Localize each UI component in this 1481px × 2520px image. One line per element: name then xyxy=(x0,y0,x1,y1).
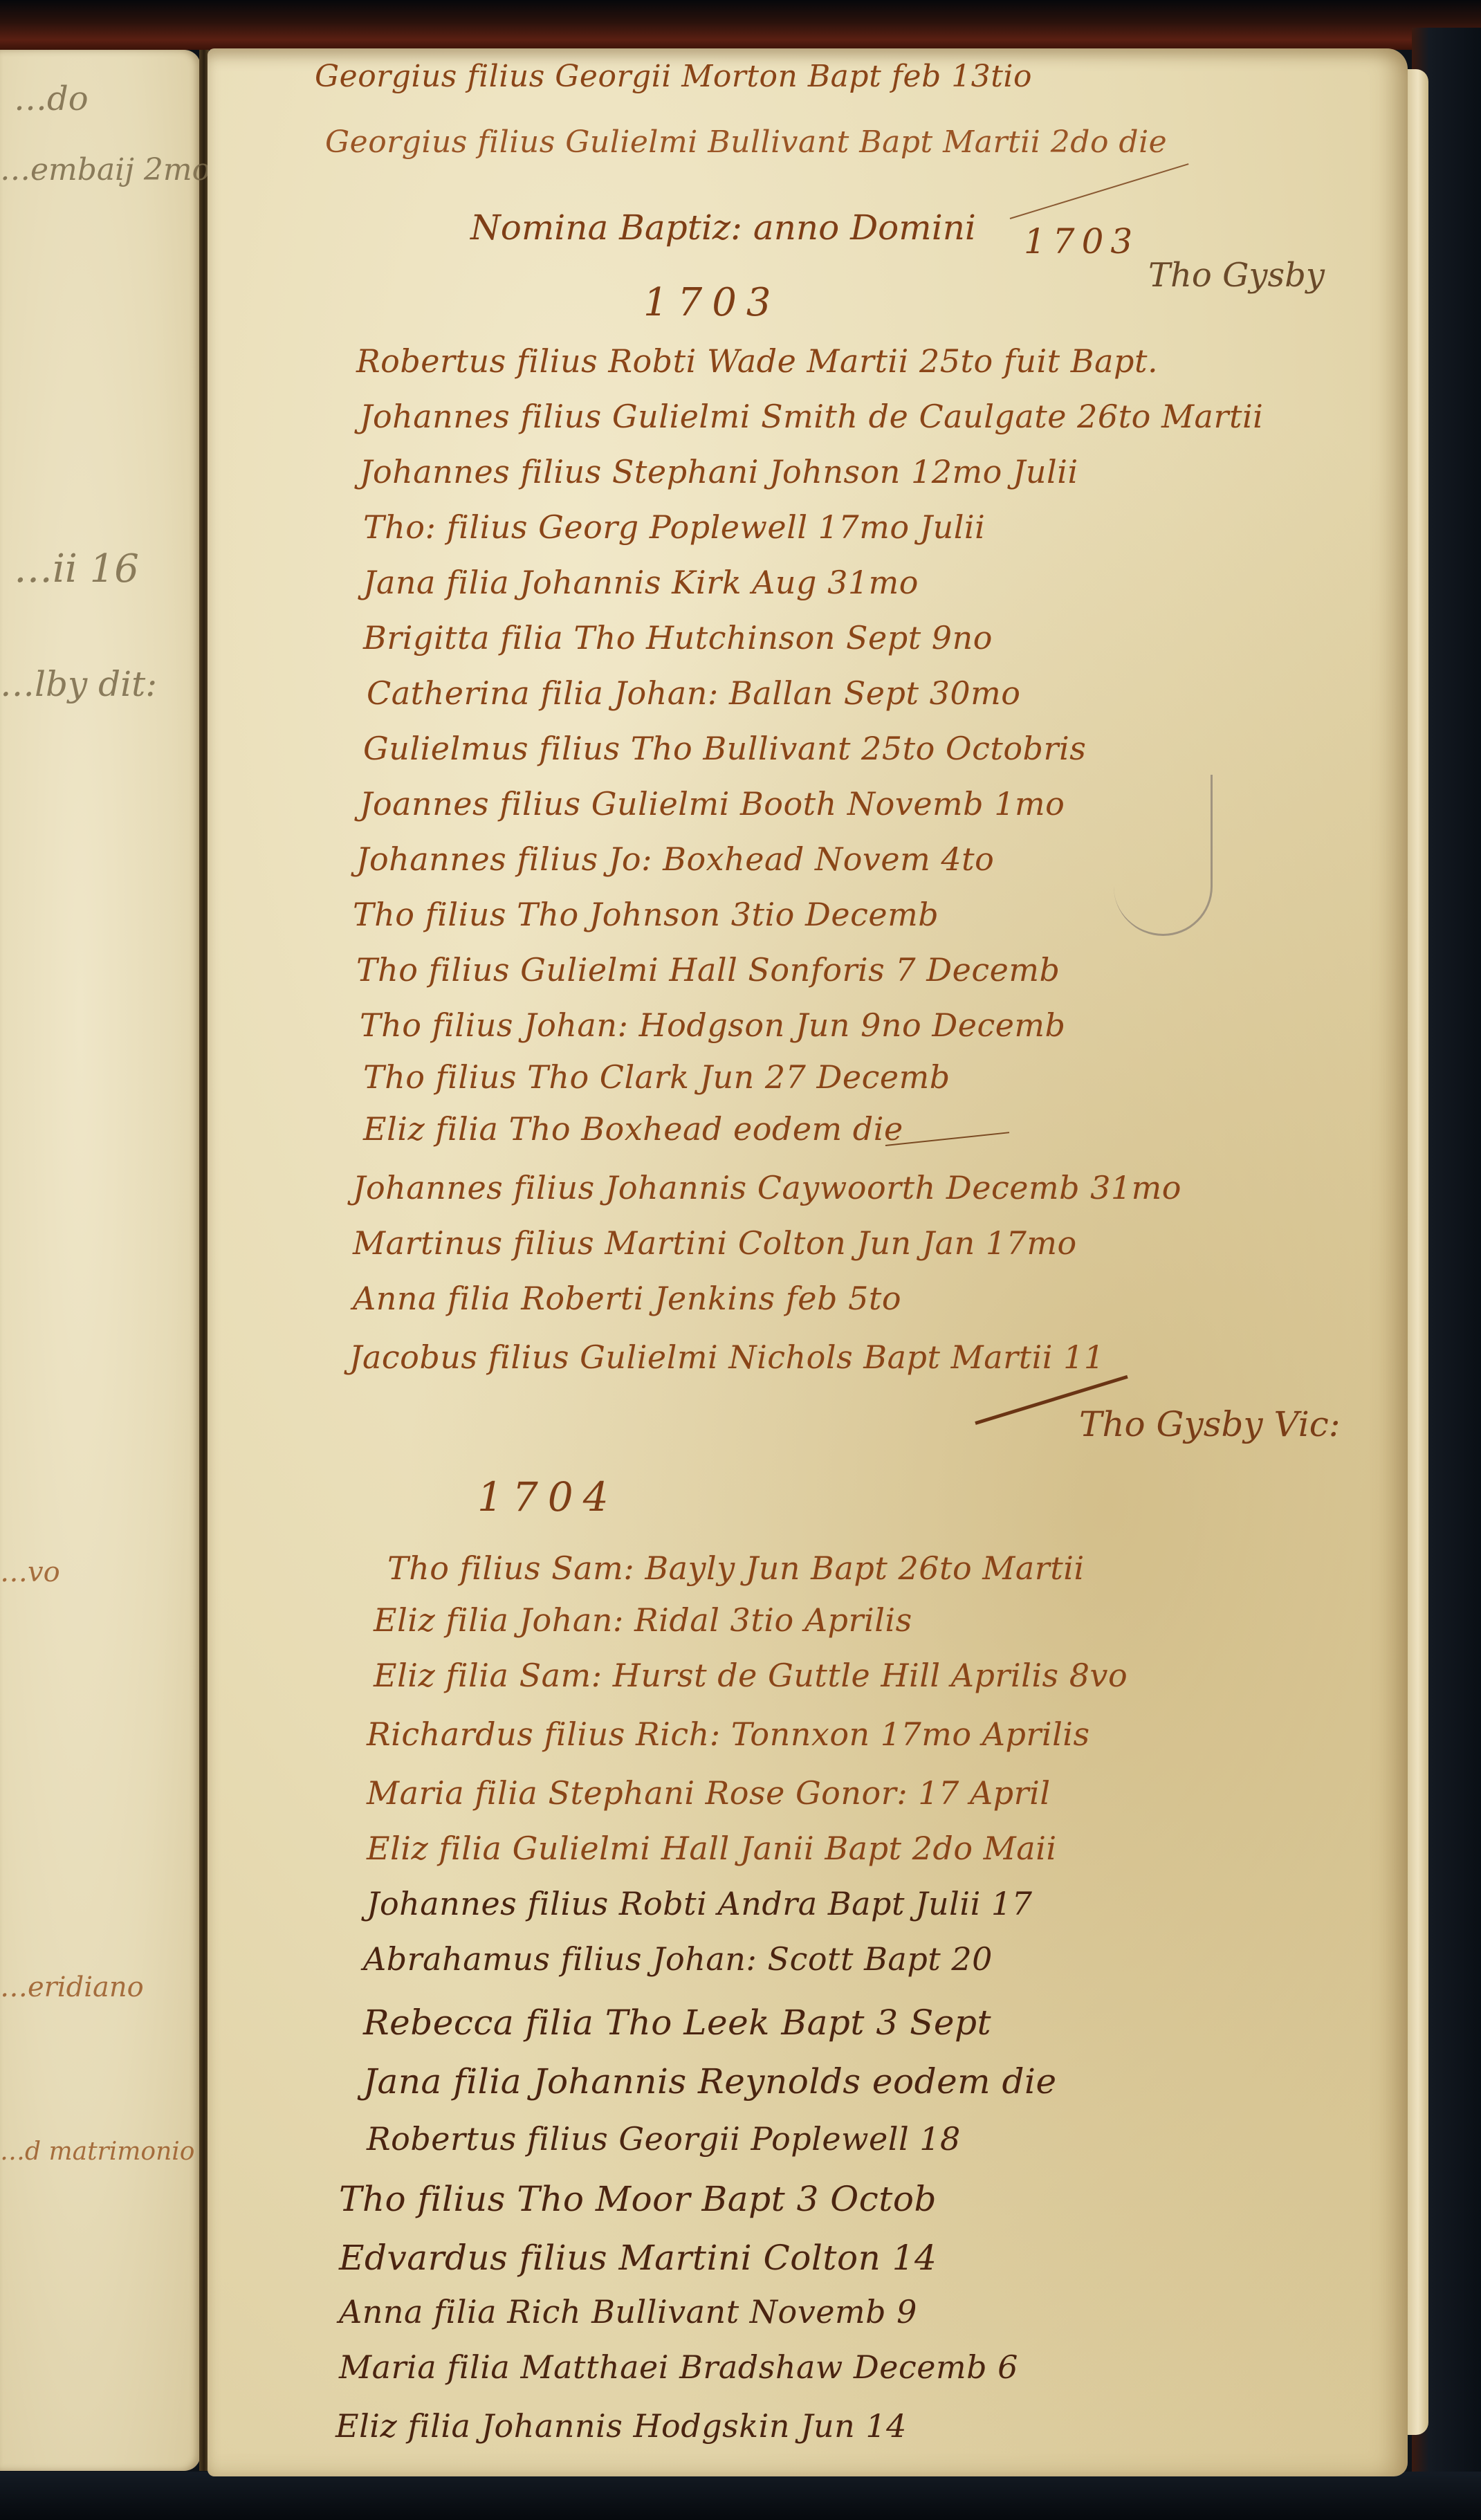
vicar-signature: Tho Gysby Vic: xyxy=(1079,1404,1341,1444)
baptism-entry: Catherina filia Johan: Ballan Sept 30mo xyxy=(367,674,1020,712)
baptism-entry: Abrahamus filius Johan: Scott Bapt 20 xyxy=(363,1940,993,1978)
baptism-entry: Joannes filius Gulielmi Booth Novemb 1mo xyxy=(360,785,1065,822)
baptism-entry: Eliz filia Gulielmi Hall Janii Bapt 2do … xyxy=(367,1830,1057,1867)
baptism-entry: Maria filia Stephani Rose Gonor: 17 Apri… xyxy=(367,1774,1051,1812)
baptism-entry: Eliz filia Johan: Ridal 3tio Aprilis xyxy=(374,1601,912,1639)
year-heading-1704: 1704 xyxy=(477,1473,618,1520)
baptism-entry: Eliz filia Tho Boxhead eodem die xyxy=(363,1110,903,1148)
baptism-entry: Edvardus filius Martini Colton 14 xyxy=(339,2238,937,2278)
baptism-entry: Richardus filius Rich: Tonnxon 17mo Apri… xyxy=(367,1716,1090,1753)
baptism-entry: Tho: filius Georg Poplewell 17mo Julii xyxy=(363,508,985,546)
baptism-entry: Johannes filius Gulielmi Smith de Caulga… xyxy=(360,398,1263,435)
baptism-entry: Tho filius Tho Johnson 3tio Decemb xyxy=(353,896,939,933)
baptism-entry: Georgius filius Georgii Morton Bapt feb … xyxy=(315,59,1032,94)
left-page xyxy=(0,50,201,2471)
baptism-entry: Gulielmus filius Tho Bullivant 25to Octo… xyxy=(363,730,1086,767)
baptism-entry: Johannes filius Johannis Caywoorth Decem… xyxy=(353,1169,1181,1206)
left-page-fragment: …embaij 2mo xyxy=(0,152,210,187)
baptism-entry: Jacobus filius Gulielmi Nichols Bapt Mar… xyxy=(349,1339,1105,1376)
heading-year: 1703 xyxy=(1024,221,1139,261)
baptism-entry: Jana filia Johannis Kirk Aug 31mo xyxy=(363,564,919,601)
baptism-entry: Jana filia Johannis Reynolds eodem die xyxy=(363,2061,1057,2101)
baptism-entry: Tho filius Johan: Hodgson Jun 9no Decemb xyxy=(360,1006,1066,1044)
baptism-entry: Johannes filius Robti Andra Bapt Julii 1… xyxy=(367,1885,1032,1922)
baptism-entry: Tho filius Gulielmi Hall Sonforis 7 Dece… xyxy=(356,951,1060,988)
baptism-entry: Brigitta filia Tho Hutchinson Sept 9no xyxy=(363,619,993,656)
baptism-entry: Robertus filius Robti Wade Martii 25to f… xyxy=(356,342,1158,380)
baptism-entry: Georgius filius Gulielmi Bullivant Bapt … xyxy=(325,125,1167,160)
left-page-fragment: …eridiano xyxy=(0,1971,144,2003)
left-page-fragment: …do xyxy=(14,80,89,118)
pencil-mark xyxy=(1114,775,1213,936)
book-binding-top xyxy=(0,0,1481,50)
baptism-entry: Anna filia Rich Bullivant Novemb 9 xyxy=(339,2293,917,2330)
baptism-entry: Eliz filia Johannis Hodgskin Jun 14 xyxy=(335,2407,907,2445)
year-heading-1703: 1703 xyxy=(643,280,781,325)
baptism-entry: Eliz filia Sam: Hurst de Guttle Hill Apr… xyxy=(374,1657,1128,1694)
baptism-entry: Tho filius Sam: Bayly Jun Bapt 26to Mart… xyxy=(387,1549,1085,1587)
left-page-fragment: …d matrimonio xyxy=(0,2137,194,2166)
left-page-fragment: …lby dit: xyxy=(0,664,157,704)
baptism-entry: Johannes filius Stephani Johnson 12mo Ju… xyxy=(360,453,1078,490)
section-heading: Nomina Baptiz: anno Domini xyxy=(470,208,976,248)
page-edge xyxy=(1408,69,1428,2435)
left-page-fragment: …vo xyxy=(0,1556,60,1588)
left-page-fragment: …ii 16 xyxy=(14,546,139,591)
baptism-entry: Anna filia Roberti Jenkins feb 5to xyxy=(353,1280,901,1317)
background-bottom xyxy=(0,2472,1481,2520)
baptism-entry: Tho filius Tho Clark Jun 27 Decemb xyxy=(363,1058,950,1096)
baptism-entry: Rebecca filia Tho Leek Bapt 3 Sept xyxy=(363,2003,991,2043)
baptism-entry: Maria filia Matthaei Bradshaw Decemb 6 xyxy=(339,2348,1018,2386)
baptism-entry: Tho filius Tho Moor Bapt 3 Octob xyxy=(339,2179,937,2219)
baptism-entry: Martinus filius Martini Colton Jun Jan 1… xyxy=(353,1224,1077,1262)
baptism-entry: Robertus filius Georgii Poplewell 18 xyxy=(367,2120,961,2158)
margin-note-signature: Tho Gysby xyxy=(1148,256,1325,295)
baptism-entry: Johannes filius Jo: Boxhead Novem 4to xyxy=(356,840,994,878)
